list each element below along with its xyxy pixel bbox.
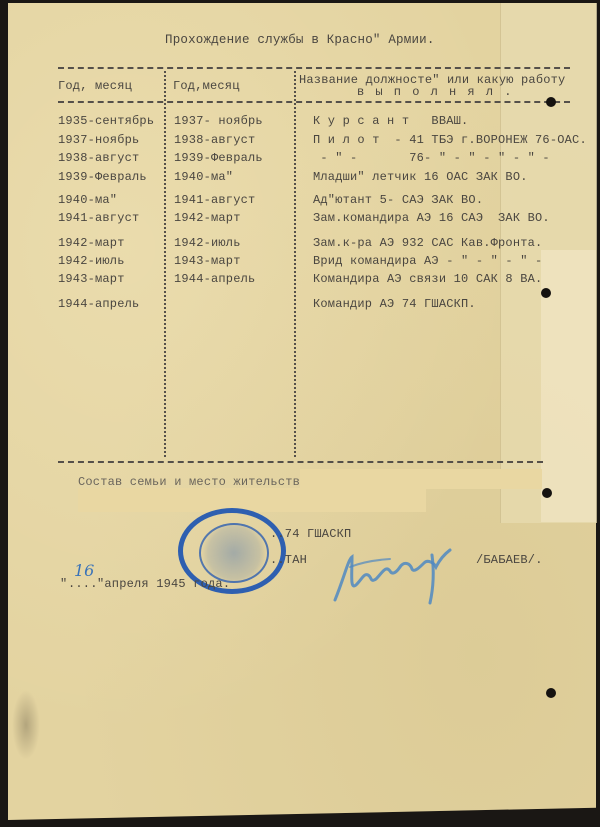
cell-position: Врид командира АЭ - " - " - " -	[313, 254, 542, 268]
punch-hole	[541, 288, 551, 298]
cell-position: Зам.командира АЭ 16 САЭ ЗАК ВО.	[313, 211, 550, 225]
cell-from: 1943-март	[58, 272, 125, 286]
cell-position: Командир АЭ 74 ГШАСКП.	[313, 297, 476, 311]
cell-from: 1942-март	[58, 236, 125, 250]
cell-from: 1938-август	[58, 151, 139, 165]
cell-position: Ад"ютант 5- САЭ ЗАК ВО.	[313, 193, 483, 207]
redaction-block-upper	[300, 469, 542, 489]
header-from-date: Год, месяц	[58, 79, 132, 93]
cell-from: 1937-ноябрь	[58, 133, 139, 147]
cell-position: П и л о т - 41 ТБЭ г.ВОРОНЕЖ 76-ОАС.	[313, 133, 587, 147]
cell-to: 1942-март	[174, 211, 241, 225]
cell-to: 1940-ма"	[174, 170, 233, 184]
cell-from: 1941-август	[58, 211, 139, 225]
punch-hole	[546, 688, 556, 698]
family-label: Состав семьи и место жительство	[78, 475, 307, 489]
cell-to: 1944-апрель	[174, 272, 255, 286]
cell-from: 1944-апрель	[58, 297, 139, 311]
header-position-cont: в ы п о л н я л .	[357, 85, 513, 99]
cell-from: 1939-Февраль	[58, 170, 147, 184]
table-header-rule	[58, 101, 570, 103]
cell-position: Зам.к-ра АЭ 932 САС Кав.Фронта.	[313, 236, 542, 250]
cell-to: 1943-март	[174, 254, 241, 268]
cell-to: 1937- ноябрь	[174, 114, 263, 128]
cell-from: 1940-ма"	[58, 193, 117, 207]
paper-smudge	[12, 690, 40, 760]
signature-unit-line: ..74 ГШАСКП	[270, 527, 351, 541]
cell-to: 1941-август	[174, 193, 255, 207]
punch-hole	[542, 488, 552, 498]
date-day-handwritten: 16	[74, 561, 94, 580]
document-title: Прохождение службы в Красно" Армии.	[165, 33, 435, 47]
table-top-rule	[58, 67, 570, 69]
cell-from: 1942-июль	[58, 254, 125, 268]
date-open-quote: "	[60, 577, 67, 591]
cell-position: - " - 76- " - " - " - " -	[313, 151, 550, 165]
column-divider-2	[294, 71, 296, 457]
column-divider-1	[164, 71, 166, 457]
handwritten-signature	[330, 545, 470, 605]
table-bottom-rule	[58, 461, 543, 463]
date-month-year: "апреля 1945 года.	[97, 577, 230, 591]
cell-position: К у р с а н т ВВАШ.	[313, 114, 468, 128]
stamp-emblem-icon	[199, 523, 269, 583]
cell-position: Командира АЭ связи 10 САК 8 ВА.	[313, 272, 542, 286]
cell-position: Младши" летчик 16 ОАС ЗАК ВО.	[313, 170, 528, 184]
cell-to: 1939-Февраль	[174, 151, 263, 165]
punch-hole	[546, 97, 556, 107]
cell-to: 1938-август	[174, 133, 255, 147]
signature-rank-line: ..ТАН	[270, 553, 307, 567]
cell-from: 1935-сентябрь	[58, 114, 154, 128]
redaction-block-lower	[78, 488, 426, 512]
header-to-date: Год,месяц	[173, 79, 240, 93]
signatory-name: /БАБАЕВ/.	[476, 553, 543, 567]
cell-to: 1942-июль	[174, 236, 241, 250]
